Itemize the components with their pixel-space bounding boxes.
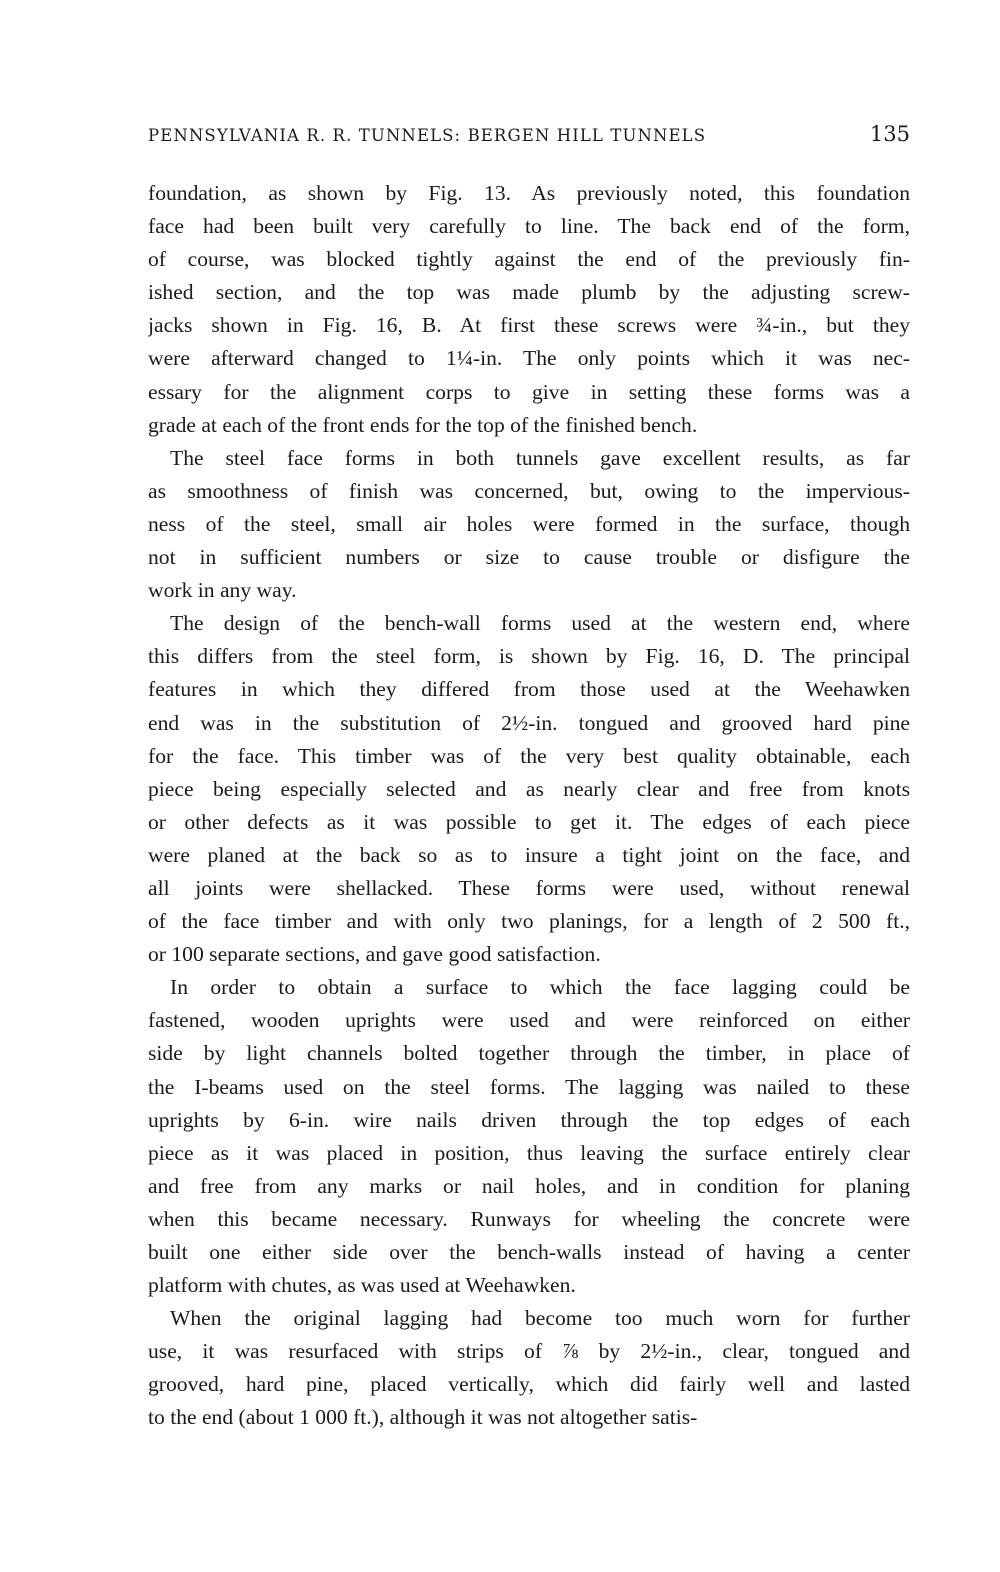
paragraph: The steel face forms in both tunnels gav…	[148, 442, 910, 607]
text-line: of the face timber and with only two pla…	[148, 905, 910, 938]
text-line: foundation, as shown by Fig. 13. As prev…	[148, 177, 910, 210]
text-line: piece as it was placed in position, thus…	[148, 1137, 910, 1170]
text-line: use, it was resurfaced with strips of ⅞ …	[148, 1335, 910, 1368]
paragraph: The design of the bench-wall forms used …	[148, 607, 910, 971]
text-line: grooved, hard pine, placed vertically, w…	[148, 1368, 910, 1401]
text-line: all joints were shellacked. These forms …	[148, 872, 910, 905]
text-line: When the original lagging had become too…	[148, 1302, 910, 1335]
paragraph: In order to obtain a surface to which th…	[148, 971, 910, 1302]
text-line: of course, was blocked tightly against t…	[148, 243, 910, 276]
text-line: essary for the alignment corps to give i…	[148, 376, 910, 409]
text-line: were afterward changed to 1¼-in. The onl…	[148, 342, 910, 375]
text-line: end was in the substitution of 2½-in. to…	[148, 707, 910, 740]
text-line: jacks shown in Fig. 16, B. At first thes…	[148, 309, 910, 342]
text-line: for the face. This timber was of the ver…	[148, 740, 910, 773]
page-number: 135	[870, 122, 910, 146]
text-line: as smoothness of finish was concerned, b…	[148, 475, 910, 508]
text-line: platform with chutes, as was used at Wee…	[148, 1269, 910, 1302]
text-line: this differs from the steel form, is sho…	[148, 640, 910, 673]
text-line: built one either side over the bench-wal…	[148, 1236, 910, 1269]
text-line: were planed at the back so as to insure …	[148, 839, 910, 872]
text-line: side by light channels bolted together t…	[148, 1037, 910, 1070]
text-line: fastened, wooden uprights were used and …	[148, 1004, 910, 1037]
text-line: The design of the bench-wall forms used …	[148, 607, 910, 640]
text-line: and free from any marks or nail holes, a…	[148, 1170, 910, 1203]
text-line: the I-beams used on the steel forms. The…	[148, 1071, 910, 1104]
text-line: work in any way.	[148, 574, 910, 607]
text-line: not in sufficient numbers or size to cau…	[148, 541, 910, 574]
text-line: to the end (about 1 000 ft.), although i…	[148, 1401, 910, 1434]
text-line: or other defects as it was possible to g…	[148, 806, 910, 839]
text-line: piece being especially selected and as n…	[148, 773, 910, 806]
book-page: PENNSYLVANIA R. R. TUNNELS: BERGEN HILL …	[0, 0, 1000, 1572]
text-line: ness of the steel, small air holes were …	[148, 508, 910, 541]
text-line: or 100 separate sections, and gave good …	[148, 938, 910, 971]
running-header: PENNSYLVANIA R. R. TUNNELS: BERGEN HILL …	[148, 122, 910, 152]
text-line: features in which they differed from tho…	[148, 673, 910, 706]
text-line: ished section, and the top was made plum…	[148, 276, 910, 309]
running-title: PENNSYLVANIA R. R. TUNNELS: BERGEN HILL …	[148, 126, 706, 145]
text-line: In order to obtain a surface to which th…	[148, 971, 910, 1004]
text-line: The steel face forms in both tunnels gav…	[148, 442, 910, 475]
text-line: uprights by 6-in. wire nails driven thro…	[148, 1104, 910, 1137]
text-line: grade at each of the front ends for the …	[148, 409, 910, 442]
text-line: face had been built very carefully to li…	[148, 210, 910, 243]
paragraph: foundation, as shown by Fig. 13. As prev…	[148, 177, 910, 442]
body-text: foundation, as shown by Fig. 13. As prev…	[148, 177, 910, 1435]
text-line: when this became necessary. Runways for …	[148, 1203, 910, 1236]
paragraph: When the original lagging had become too…	[148, 1302, 910, 1434]
